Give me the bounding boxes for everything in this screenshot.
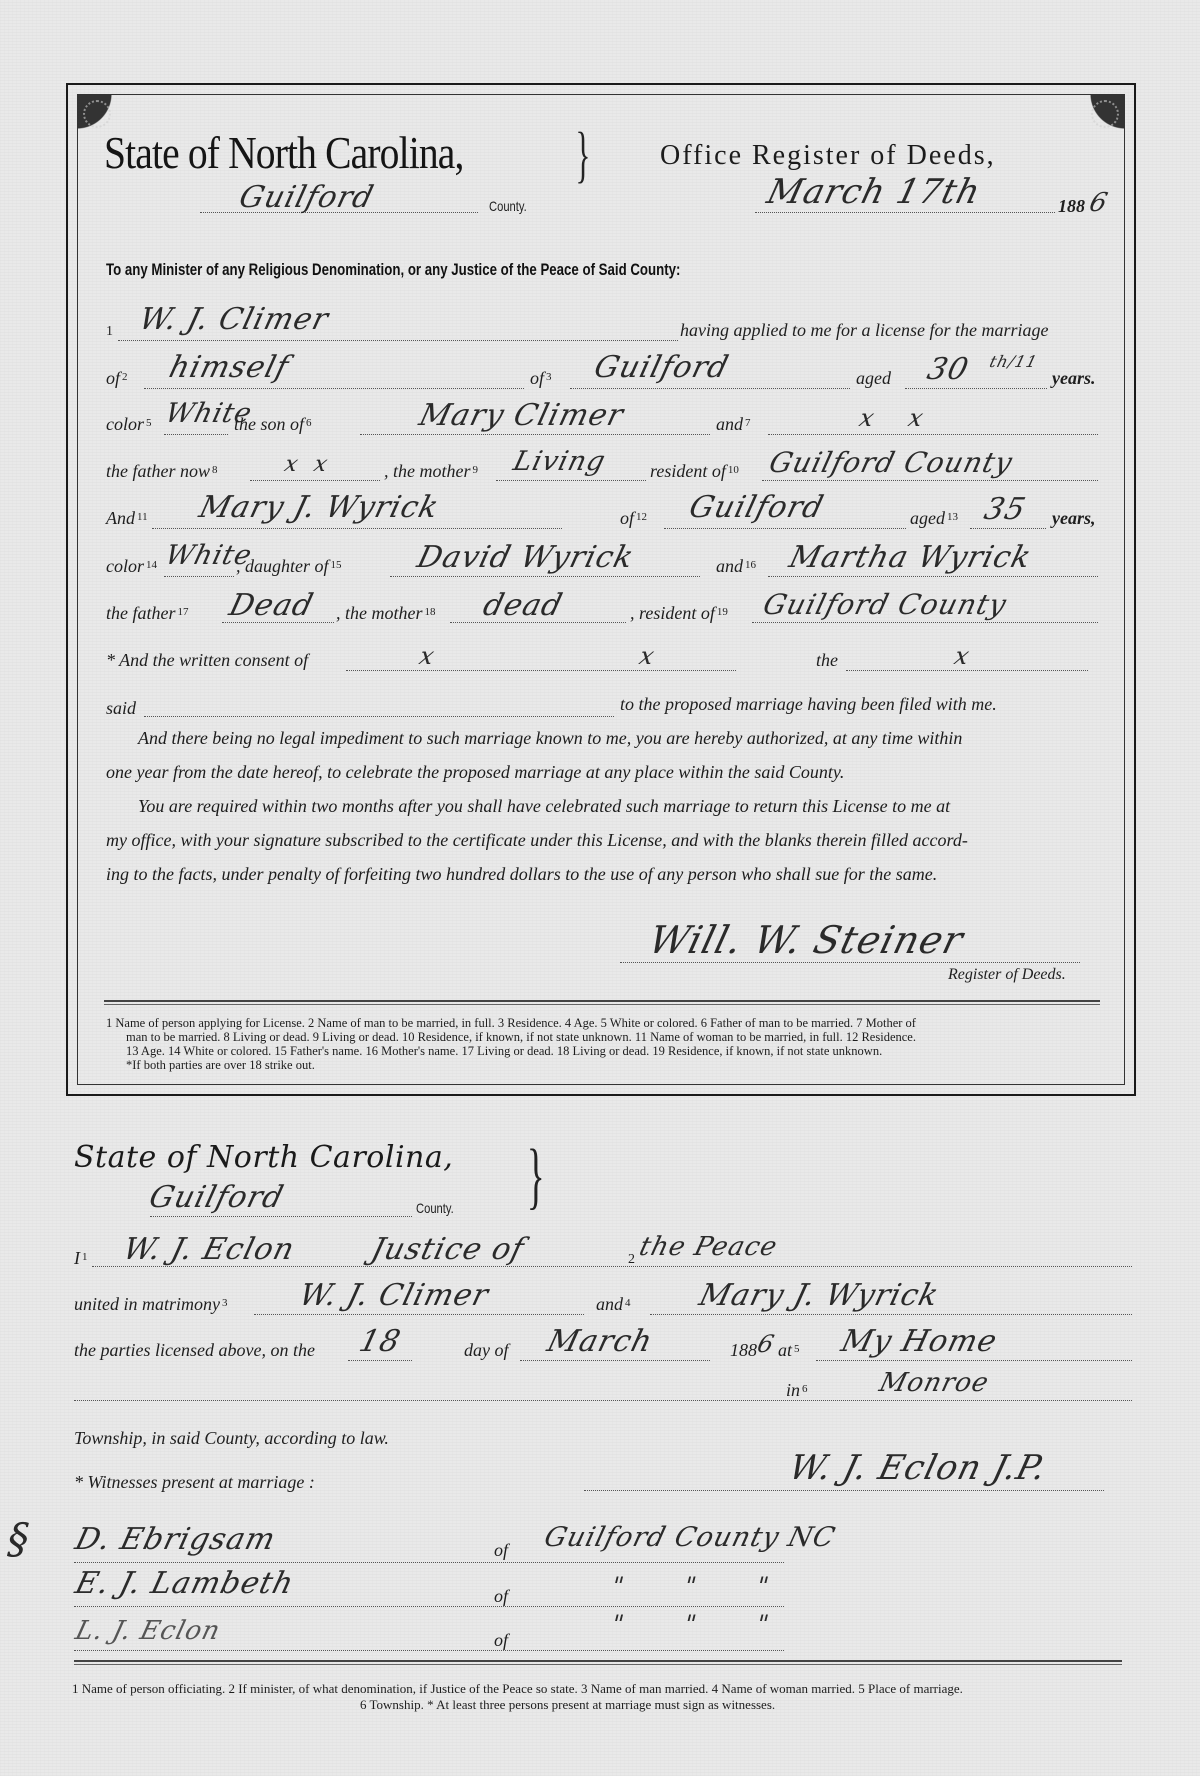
- parties-label: the parties licensed above, on the: [74, 1340, 315, 1361]
- and-label: and: [716, 414, 743, 434]
- day-line: [348, 1360, 412, 1361]
- field-number: 10: [728, 464, 739, 476]
- county-label: County.: [489, 198, 527, 214]
- field-number: 8: [212, 464, 218, 476]
- township-field[interactable]: Monroe: [876, 1368, 992, 1398]
- day-of-label: day of: [464, 1340, 509, 1361]
- years-label: years,: [1052, 508, 1096, 529]
- daughter-of-label: , daughter of: [236, 556, 329, 576]
- consent-label: * And the written consent of: [106, 650, 308, 671]
- row1-text: having applied to me for a license for t…: [680, 320, 1048, 341]
- month-line: [520, 1360, 710, 1361]
- father-status-line: [250, 480, 380, 481]
- resident-label: resident of: [650, 461, 726, 481]
- field-number: 11: [137, 511, 148, 523]
- field-number: 18: [424, 606, 435, 618]
- officiant-title-field[interactable]: Justice of: [368, 1232, 528, 1267]
- field-number: 2: [628, 1252, 635, 1268]
- of-label: of: [530, 368, 544, 388]
- county-field[interactable]: Guilford: [236, 180, 378, 215]
- cert-year-field[interactable]: 6: [755, 1330, 778, 1358]
- county-label: County.: [416, 1200, 454, 1216]
- mother-status-line: [496, 480, 646, 481]
- register-title: Register of Deeds.: [948, 966, 1066, 984]
- of-label: of: [494, 1630, 508, 1651]
- field-number: 17: [178, 606, 189, 618]
- united-label: united in matrimony: [74, 1294, 220, 1314]
- color-label: color: [106, 414, 144, 434]
- and-label: and: [716, 556, 743, 576]
- woman-residence19-line: [752, 622, 1098, 623]
- paragraph-authorization-cont: one year from the date hereof, to celebr…: [106, 762, 844, 783]
- brace-icon: }: [527, 1134, 545, 1219]
- paragraph-return-cont: my office, with your signature subscribe…: [106, 830, 968, 851]
- salutation: To any Minister of any Religious Denomin…: [106, 260, 680, 280]
- aged-label: aged: [856, 368, 891, 389]
- office-title: Office Register of Deeds,: [660, 140, 996, 172]
- field-number: 7: [745, 417, 751, 429]
- man-mother-field[interactable]: x x: [857, 404, 928, 432]
- of-label: of: [620, 508, 634, 528]
- row9-text: to the proposed marriage having been fil…: [620, 694, 997, 715]
- at-label: at: [778, 1340, 792, 1360]
- witness-1-name[interactable]: D. Ebrigsam: [72, 1522, 280, 1557]
- mother-line: [768, 434, 1098, 435]
- cert-county-line: [150, 1216, 412, 1217]
- woman-married-field[interactable]: Mary J. Wyrick: [696, 1278, 943, 1313]
- woman-name-field[interactable]: Mary J. Wyrick: [196, 490, 443, 525]
- witness-3-residence[interactable]: " " ": [609, 1610, 773, 1638]
- field-number: 19: [717, 606, 728, 618]
- field-number: 6: [802, 1383, 808, 1395]
- father-label: the father: [106, 603, 176, 623]
- paragraph-return-cont2: ing to the facts, under penalty of forfe…: [106, 864, 937, 885]
- witness-2-residence[interactable]: " " ": [609, 1572, 773, 1600]
- woman-name-line: [152, 528, 562, 529]
- witness-3-name[interactable]: L. J. Eclon: [72, 1616, 223, 1646]
- of-label: of: [106, 368, 120, 388]
- field-number: 2: [122, 371, 128, 383]
- color-line: [164, 434, 228, 435]
- residence10-line: [762, 480, 1098, 481]
- license-footnote: man to be married. 8 Living or dead. 9 L…: [126, 1030, 916, 1044]
- year-prefix: 188: [1058, 196, 1085, 217]
- man-father-status-field[interactable]: x x: [282, 452, 331, 477]
- mother-label: , the mother: [336, 603, 422, 623]
- certificate-footnote: 1 Name of person officiating. 2 If minis…: [72, 1682, 963, 1696]
- date-field[interactable]: March 17th: [763, 172, 985, 212]
- woman-mother-line: [768, 576, 1098, 577]
- witness-line-2: [74, 1606, 784, 1607]
- denomination-field[interactable]: the Peace: [636, 1232, 780, 1262]
- witness-line-3: [74, 1650, 784, 1651]
- father-now-label: the father now: [106, 461, 210, 481]
- state-title: State of North Carolina,: [104, 126, 463, 179]
- consent-line-1: [346, 670, 736, 671]
- color-label: color: [106, 556, 144, 576]
- paragraph-return: You are required within two months after…: [138, 796, 950, 817]
- years-label: years.: [1052, 368, 1096, 389]
- field-number: 5: [794, 1343, 800, 1355]
- son-of-label: the son of: [234, 414, 304, 434]
- footnote-divider: [104, 1000, 1100, 1005]
- signature-line: [620, 962, 1080, 963]
- field-number: 5: [146, 417, 152, 429]
- field-number: 4: [625, 1297, 631, 1309]
- witnesses-label: * Witnesses present at marriage :: [74, 1472, 315, 1493]
- date-line: [755, 212, 1055, 213]
- township-line: [74, 1400, 1132, 1401]
- corner-ornament-icon: [1085, 94, 1125, 134]
- license-footnote: *If both parties are over 18 strike out.: [126, 1058, 315, 1072]
- field-number: 3: [546, 371, 552, 383]
- woman-color-line: [164, 576, 234, 577]
- man-mother-status-field[interactable]: Living: [510, 446, 609, 477]
- mother-label: , the mother: [384, 461, 470, 481]
- i-label: I: [74, 1248, 80, 1268]
- woman-mother-status-field[interactable]: dead: [480, 588, 567, 623]
- paragraph-authorization: And there being no legal impediment to s…: [138, 728, 962, 749]
- and-label: And: [106, 508, 135, 528]
- in-label: in: [786, 1380, 800, 1400]
- year-prefix: 188: [730, 1340, 757, 1361]
- margin-mark: §: [2, 1514, 36, 1563]
- certificate-state-title: State of North Carolina,: [74, 1140, 453, 1175]
- field-number: 6: [306, 417, 312, 429]
- field-number: 12: [636, 511, 647, 523]
- witness-2-name[interactable]: E. J. Lambeth: [72, 1566, 298, 1601]
- man-age-note: th/11: [988, 352, 1040, 371]
- the-label: the: [816, 650, 838, 671]
- place-line: [816, 1360, 1132, 1361]
- applicant-line: [118, 340, 678, 341]
- certificate-footnote: 6 Township. * At least three persons pre…: [360, 1698, 775, 1712]
- woman-father-field[interactable]: David Wyrick: [414, 540, 638, 575]
- man-married-line: [254, 1314, 584, 1315]
- field-number: 3: [222, 1297, 228, 1309]
- woman-married-line: [650, 1314, 1132, 1315]
- man-residence-field[interactable]: Guilford: [591, 350, 733, 385]
- man-name-line: [144, 388, 524, 389]
- said-label: said: [106, 698, 136, 719]
- township-text: Township, in said County, according to l…: [74, 1428, 389, 1449]
- witness-line-1: [74, 1562, 784, 1563]
- woman-residence-line: [664, 528, 906, 529]
- resident-label: , resident of: [630, 603, 715, 623]
- field-number: 13: [947, 511, 958, 523]
- of-label: of: [494, 1586, 508, 1607]
- age-line: [905, 388, 1047, 389]
- day-field[interactable]: 18: [356, 1324, 405, 1359]
- register-signature: Will. W. Steiner: [645, 918, 969, 962]
- father-line: [360, 434, 710, 435]
- man-parents-residence-field[interactable]: Guilford County: [766, 446, 1016, 479]
- month-field[interactable]: March: [544, 1324, 657, 1359]
- of-label: of: [494, 1540, 508, 1561]
- field-number: 9: [472, 464, 478, 476]
- woman-father-status-field[interactable]: Dead: [226, 588, 318, 623]
- certificate-footnote-divider: [74, 1660, 1122, 1665]
- woman-mother-field[interactable]: Martha Wyrick: [786, 540, 1036, 575]
- license-footnote: 13 Age. 14 White or colored. 15 Father's…: [126, 1044, 882, 1058]
- woman-parents-residence-field[interactable]: Guilford County: [760, 588, 1010, 621]
- aged-label: aged: [910, 508, 945, 528]
- field-number: 1: [106, 324, 113, 340]
- woman-father-line: [390, 576, 700, 577]
- man-father-field[interactable]: Mary Climer: [416, 398, 628, 433]
- brace-icon: }: [575, 120, 590, 191]
- field-number: 16: [745, 559, 756, 571]
- applicant-field[interactable]: W. J. Climer: [136, 302, 333, 337]
- place-field[interactable]: My Home: [838, 1324, 1001, 1359]
- said-line: [144, 716, 614, 717]
- cert-county-field[interactable]: Guilford: [146, 1180, 288, 1215]
- field-number: 15: [331, 559, 342, 571]
- license-footnote: 1 Name of person applying for License. 2…: [106, 1016, 916, 1030]
- woman-residence-field[interactable]: Guilford: [686, 490, 828, 525]
- officiant-signature-line: [584, 1490, 1104, 1491]
- man-married-field[interactable]: W. J. Climer: [296, 1278, 493, 1313]
- residence-line: [570, 388, 850, 389]
- consent-line-2: [846, 670, 1088, 671]
- witness-1-residence[interactable]: Guilford County NC: [541, 1522, 839, 1553]
- man-name-field[interactable]: himself: [166, 350, 293, 385]
- field-number: 1: [82, 1251, 88, 1263]
- officiant-field[interactable]: W. J. Eclon: [120, 1232, 299, 1267]
- and-label: and: [596, 1294, 623, 1314]
- field-number: 14: [146, 559, 157, 571]
- officiant-signature: W. J. Eclon J.P.: [785, 1448, 1051, 1488]
- woman-age-line: [970, 528, 1046, 529]
